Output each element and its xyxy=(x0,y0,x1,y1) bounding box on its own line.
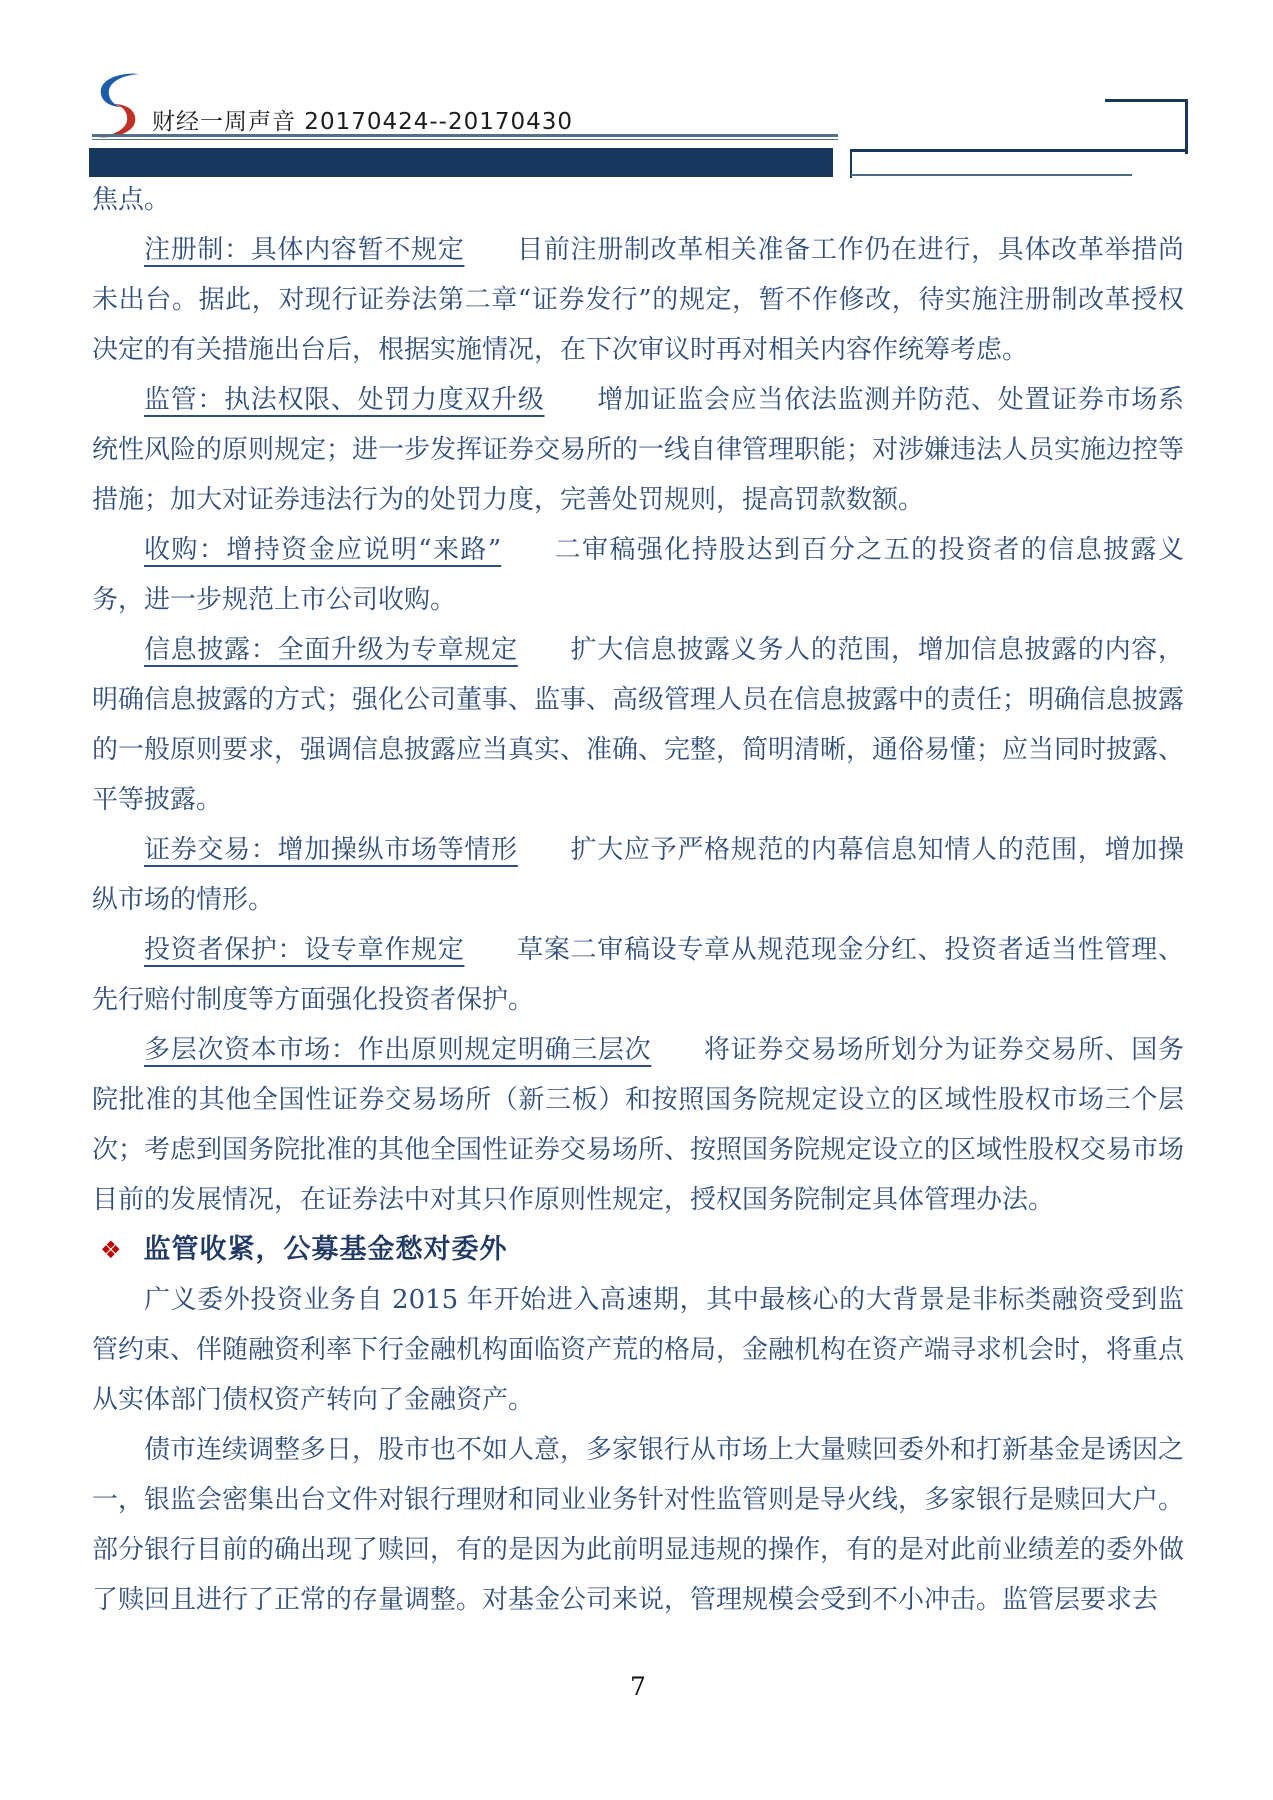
entry-paragraph: 监管：执法权限、处罚力度双升级增加证监会应当依法监测并防范、处置证券市场系统性风… xyxy=(92,375,1184,525)
document-title: 财经一周声音 20170424--20170430 xyxy=(152,103,573,136)
diamond-bullet-icon: ❖ xyxy=(92,1236,122,1264)
entry-paragraph: 注册制：具体内容暂不规定目前注册制改革相关准备工作仍在进行，具体改革举措尚未出台… xyxy=(92,225,1184,375)
entry-heading-underlined: 监管：执法权限、处罚力度双升级 xyxy=(144,385,545,415)
entry-paragraph: 证券交易：增加操纵市场等情形扩大应予严格规范的内幕信息知情人的范围，增加操纵市场… xyxy=(92,825,1184,925)
entry-heading-underlined: 投资者保护：设专章作规定 xyxy=(144,935,464,965)
entry-paragraph: 多层次资本市场：作出原则规定明确三层次将证券交易场所划分为证券交易所、国务院批准… xyxy=(92,1025,1184,1225)
header-navy-bar xyxy=(89,148,833,177)
entry-heading-underlined: 多层次资本市场：作出原则规定明确三层次 xyxy=(144,1035,651,1065)
section-heading: ❖监管收紧，公募基金愁对委外 xyxy=(92,1225,1184,1275)
entry-heading-underlined: 信息披露：全面升级为专章规定 xyxy=(144,635,518,665)
body-text: 焦点。注册制：具体内容暂不规定目前注册制改革相关准备工作仍在进行，具体改革举措尚… xyxy=(92,175,1184,1625)
entry-heading-underlined: 收购：增持资金应说明“来路” xyxy=(144,535,501,565)
lead-paragraph: 焦点。 xyxy=(92,175,1184,225)
header-decor-line-upper xyxy=(1105,99,1188,154)
section-title: 监管收紧，公募基金愁对委外 xyxy=(144,1234,508,1265)
entry-paragraph: 信息披露：全面升级为专章规定扩大信息披露义务人的范围，增加信息披露的内容，明确信… xyxy=(92,625,1184,825)
section-paragraph: 债市连续调整多日，股市也不如人意，多家银行从市场上大量赎回委外和打新基金是诱因之… xyxy=(92,1425,1184,1625)
entry-heading-underlined: 注册制：具体内容暂不规定 xyxy=(144,235,464,265)
entry-paragraph: 收购：增持资金应说明“来路”二审稿强化持股达到百分之五的投资者的信息披露义务，进… xyxy=(92,525,1184,625)
header-double-rule xyxy=(92,134,838,140)
page-number: 7 xyxy=(92,1672,1184,1701)
entry-paragraph: 投资者保护：设专章作规定草案二审稿设专章从规范现金分红、投资者适当性管理、先行赔… xyxy=(92,925,1184,1025)
section-paragraph: 广义委外投资业务自 2015 年开始进入高速期，其中最核心的大背景是非标类融资受… xyxy=(92,1275,1184,1425)
entry-heading-underlined: 证券交易：增加操纵市场等情形 xyxy=(144,835,518,865)
company-s-swoosh-logo-icon xyxy=(94,72,142,140)
